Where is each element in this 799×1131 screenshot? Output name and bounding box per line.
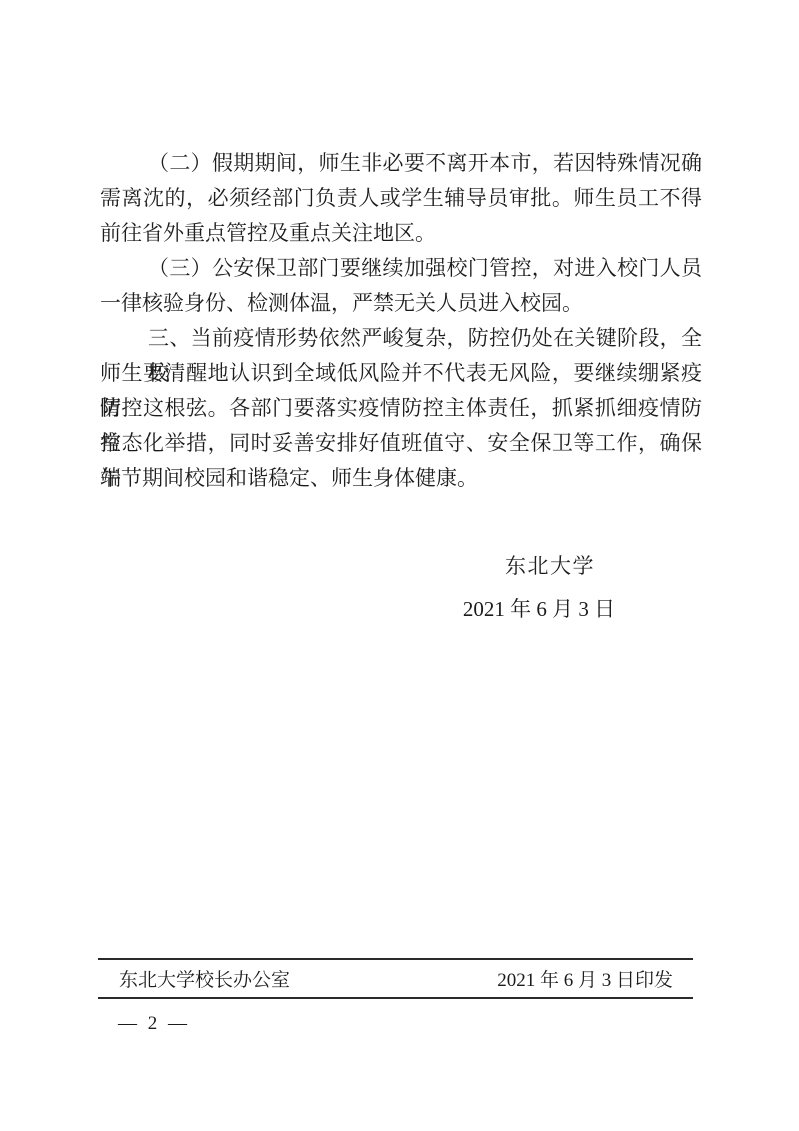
body-text-line: 一律核验身份、检测体温，严禁无关人员进入校园。 bbox=[100, 286, 702, 321]
page-number: — 2 — bbox=[118, 1008, 190, 1040]
print-date: 2021 年 6 月 3 日印发 bbox=[497, 965, 673, 992]
body-text-line: （二）假期期间，师生非必要不离开本市，若因特殊情况确 bbox=[100, 146, 702, 181]
body-text-line: 师生要清醒地认识到全域低风险并不代表无风险，要继续绷紧疫情 bbox=[100, 356, 702, 391]
footer-bottom-rule bbox=[98, 997, 693, 999]
footer-row: 东北大学校长办公室 2021 年 6 月 3 日印发 bbox=[98, 960, 693, 997]
body-text-line: （三）公安保卫部门要继续加强校门管控，对进入校门人员 bbox=[100, 251, 702, 286]
body-text-line: 防控这根弦。各部门要落实疫情防控主体责任，抓紧抓细疫情防控 bbox=[100, 391, 702, 426]
signature-organization: 东北大学 bbox=[460, 549, 640, 584]
body-text-line: 常态化举措，同时妥善安排好值班值守、安全保卫等工作，确保端 bbox=[100, 426, 702, 461]
issuing-office: 东北大学校长办公室 bbox=[119, 965, 290, 992]
document-page: （二）假期期间，师生非必要不离开本市，若因特殊情况确需离沈的，必须经部门负责人或… bbox=[0, 0, 799, 1131]
body-text-line: 需离沈的，必须经部门负责人或学生辅导员审批。师生员工不得 bbox=[100, 181, 702, 216]
document-body: （二）假期期间，师生非必要不离开本市，若因特殊情况确需离沈的，必须经部门负责人或… bbox=[100, 146, 702, 496]
body-text-line: 前往省外重点管控及重点关注地区。 bbox=[100, 216, 702, 251]
signature-date: 2021 年 6 月 3 日 bbox=[439, 592, 639, 627]
body-text-line: 午节期间校园和谐稳定、师生身体健康。 bbox=[100, 461, 702, 496]
body-text-line: 三、当前疫情形势依然严峻复杂，防控仍处在关键阶段，全校 bbox=[100, 321, 702, 356]
